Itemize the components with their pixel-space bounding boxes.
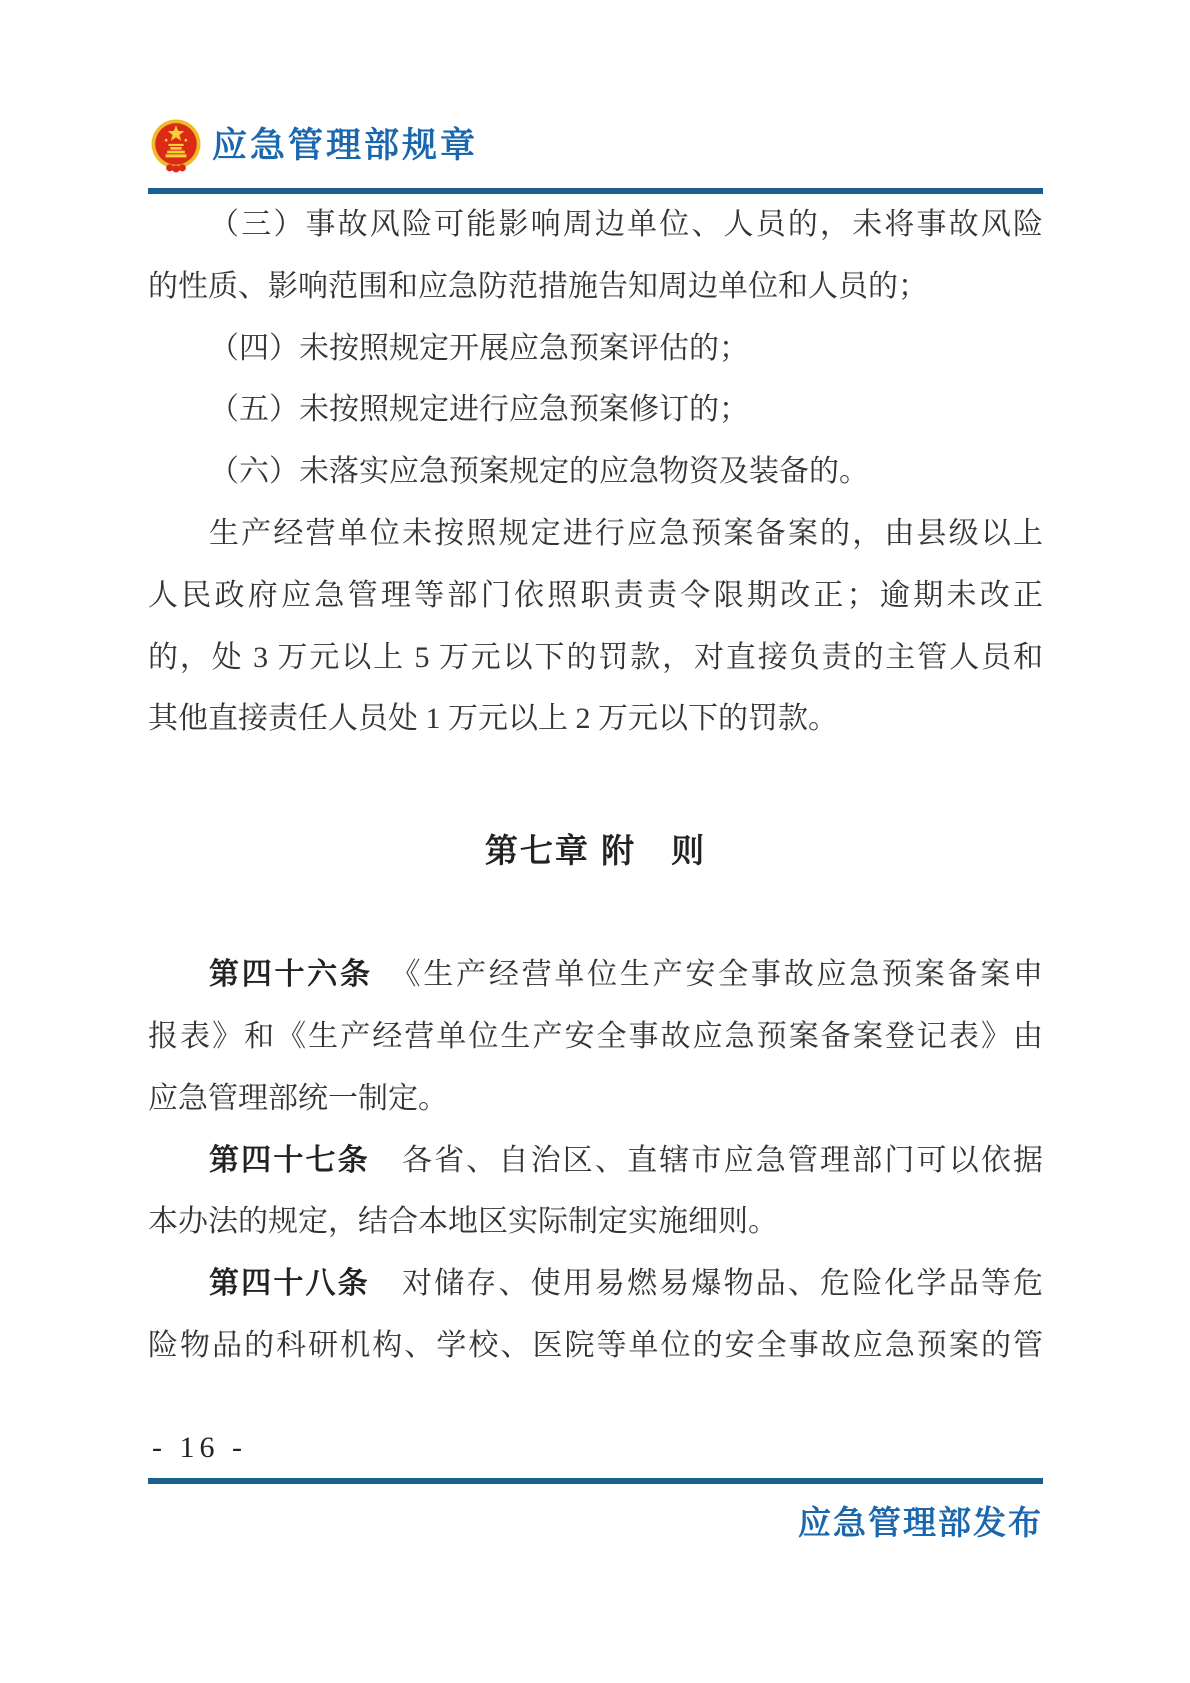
text-line: 生产经营单位未按照规定进行应急预案备案的，由县级以上	[148, 503, 1043, 565]
text-line: （六）未落实应急预案规定的应急物资及装备的。	[148, 441, 1043, 503]
text-line: 人民政府应急管理等部门依照职责责令限期改正；逾期未改正	[148, 565, 1043, 627]
article-text: 对储存、使用易燃易爆物品、危险化学品等危	[370, 1267, 1043, 1300]
footer-divider	[148, 1478, 1043, 1484]
article-number: 第四十八条	[209, 1267, 370, 1300]
document-page: 应急管理部规章 （三）事故风险可能影响周边单位、人员的，未将事故风险 的性质、影…	[0, 0, 1190, 1683]
text-line: 险物品的科研机构、学校、医院等单位的安全事故应急预案的管	[148, 1315, 1043, 1377]
text-line: 其他直接责任人员处 1 万元以上 2 万元以下的罚款。	[148, 688, 1043, 750]
text-line: （五）未按照规定进行应急预案修订的；	[148, 379, 1043, 441]
text-line: 第四十六条 《生产经营单位生产安全事故应急预案备案申	[148, 944, 1043, 1006]
text-line: 本办法的规定，结合本地区实际制定实施细则。	[148, 1191, 1043, 1253]
national-emblem-icon	[150, 116, 202, 176]
article-text: 《生产经营单位生产安全事故应急预案备案申	[373, 958, 1043, 991]
text-line: （三）事故风险可能影响周边单位、人员的，未将事故风险	[148, 194, 1043, 256]
article-text: 各省、自治区、直辖市应急管理部门可以依据	[370, 1144, 1043, 1177]
page-title: 应急管理部规章	[212, 122, 478, 170]
chapter-heading: 第七章 附 则	[148, 820, 1043, 882]
document-body: （三）事故风险可能影响周边单位、人员的，未将事故风险 的性质、影响范围和应急防范…	[148, 194, 1043, 1377]
article-number: 第四十七条	[209, 1144, 370, 1177]
page-header: 应急管理部规章	[148, 112, 1043, 188]
text-line: 的性质、影响范围和应急防范措施告知周边单位和人员的；	[148, 256, 1043, 318]
page-number: - 16 -	[152, 1428, 247, 1468]
text-line: 的，处 3 万元以上 5 万元以下的罚款，对直接负责的主管人员和	[148, 627, 1043, 689]
text-line: 第四十七条 各省、自治区、直辖市应急管理部门可以依据	[148, 1130, 1043, 1192]
text-line: 报表》和《生产经营单位生产安全事故应急预案备案登记表》由	[148, 1006, 1043, 1068]
text-line: 应急管理部统一制定。	[148, 1068, 1043, 1130]
text-line: 第四十八条 对储存、使用易燃易爆物品、危险化学品等危	[148, 1253, 1043, 1315]
article-number: 第四十六条	[209, 958, 373, 991]
publisher-label: 应急管理部发布	[798, 1500, 1043, 1546]
text-line: （四）未按照规定开展应急预案评估的；	[148, 318, 1043, 380]
